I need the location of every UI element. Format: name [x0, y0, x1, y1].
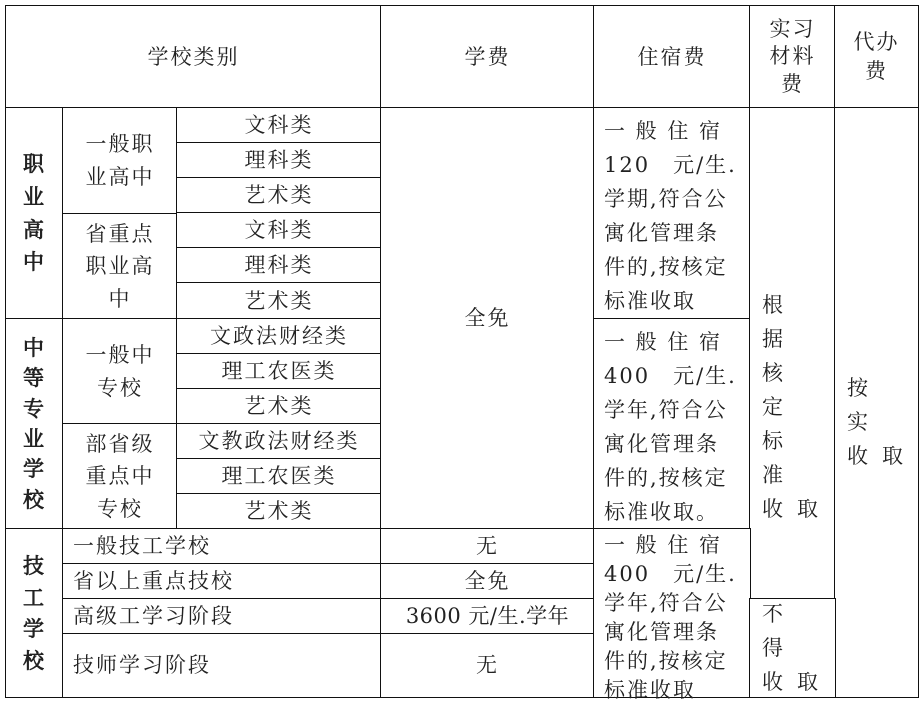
header-internship-materials: 实习 材料 费	[749, 5, 836, 109]
tuition-free-cell: 全免	[380, 107, 595, 530]
subject-cell: 艺术类	[176, 177, 382, 214]
subject-text: 艺术类	[245, 286, 314, 316]
header-tuition: 学费	[380, 5, 595, 109]
secondary-specialized-label: 中 等 专 业 学 校	[5, 318, 64, 530]
accommodation-secondary: 一 般 住 宿 400 元/生. 学年,符合公 寓化管理条 件的,按核定 标准收…	[593, 318, 751, 530]
header-tuition-text: 学费	[465, 42, 511, 72]
vocational-general-group: 一般职 业高中	[62, 107, 178, 215]
technical-row-name: 省以上重点技校	[62, 563, 382, 600]
row-name-text: 一般技工学校	[73, 531, 211, 561]
subject-text: 理工农医类	[222, 461, 337, 491]
subject-text: 艺术类	[245, 391, 314, 421]
technical-row-tuition: 3600 元/生.学年	[380, 598, 595, 635]
secondary-key-group: 部省级 重点中 专校	[62, 423, 178, 530]
subject-cell: 文科类	[176, 212, 382, 249]
acc-line: 寓化管理条	[604, 618, 719, 647]
agency-fee-cell: 按 实 收取	[834, 107, 919, 698]
acc-line: 120 元/生.	[604, 148, 737, 182]
acc-line: 件的,按核定	[604, 250, 728, 284]
subject-cell: 理工农医类	[176, 458, 382, 495]
subject-text: 理科类	[245, 250, 314, 280]
intern-line: 不 得	[762, 597, 835, 665]
label-char: 学	[23, 613, 46, 645]
technical-row-tuition: 全免	[380, 563, 595, 600]
acc-line: 学年,符合公	[604, 393, 728, 427]
subject-text: 理科类	[245, 145, 314, 175]
subject-cell: 艺术类	[176, 282, 382, 320]
header-agency-fee: 代办 费	[834, 5, 919, 109]
group-line: 省重点	[86, 218, 155, 251]
intern-line: 收取	[762, 665, 832, 699]
acc-line: 学期,符合公	[604, 182, 728, 216]
acc-line: 标准收取	[604, 676, 696, 704]
tuition-text: 无	[476, 531, 499, 561]
subject-cell: 文政法财经类	[176, 318, 382, 355]
subject-cell: 理科类	[176, 247, 382, 284]
header-accommodation-text: 住宿费	[638, 42, 707, 72]
subject-text: 艺术类	[245, 180, 314, 210]
subject-text: 文教政法财经类	[199, 426, 360, 456]
acc-line: 学年,符合公	[604, 589, 728, 618]
subject-cell: 艺术类	[176, 388, 382, 425]
label-char: 工	[23, 582, 46, 614]
subject-cell: 理科类	[176, 142, 382, 179]
group-line: 重点中	[86, 460, 155, 493]
accommodation-technical: 一 般 住 宿 400 元/生. 学年,符合公 寓化管理条 件的,按核定 标准收…	[593, 528, 751, 698]
subject-text: 理工农医类	[222, 356, 337, 386]
technical-row-name: 高级工学习阶段	[62, 598, 382, 635]
technical-row-tuition: 无	[380, 528, 595, 565]
label-char: 校	[23, 645, 46, 677]
acc-line: 标准收取	[604, 284, 696, 318]
intern-line: 标 准	[762, 424, 835, 492]
group-line: 职业高	[86, 250, 155, 283]
label-char: 中	[23, 333, 46, 363]
acc-line: 一 般 住 宿	[604, 325, 722, 359]
subject-cell: 艺术类	[176, 493, 382, 530]
subject-text: 文科类	[245, 215, 314, 245]
header-school-category: 学校类别	[5, 5, 382, 109]
label-char: 等	[23, 363, 46, 393]
agency-line: 按 实	[847, 371, 918, 439]
acc-line: 一 般 住 宿	[604, 531, 722, 560]
subject-text: 艺术类	[245, 496, 314, 526]
header-intern-line: 费	[781, 71, 804, 98]
label-char: 业	[23, 181, 46, 214]
acc-line: 件的,按核定	[604, 647, 728, 676]
tuition-free-text: 全免	[465, 303, 511, 333]
subject-cell: 文教政法财经类	[176, 423, 382, 460]
label-char: 校	[23, 485, 46, 515]
acc-line: 寓化管理条	[604, 216, 719, 250]
label-char: 业	[23, 424, 46, 454]
technical-row-name: 一般技工学校	[62, 528, 382, 565]
technical-row-name: 技师学习阶段	[62, 633, 382, 698]
secondary-general-group: 一般中 专校	[62, 318, 178, 425]
intern-line: 收取	[762, 492, 832, 526]
group-line: 一般中	[86, 339, 155, 372]
header-agency-line: 费	[865, 57, 888, 86]
subject-text: 文科类	[245, 110, 314, 140]
tuition-text: 3600 元/生.学年	[406, 601, 569, 631]
label-char: 职	[23, 148, 46, 181]
acc-line: 标准收取。	[604, 495, 719, 529]
acc-line: 一 般 住 宿	[604, 114, 722, 148]
acc-line: 件的,按核定	[604, 461, 728, 495]
internship-not-allowed-cell: 不 得 收取	[749, 598, 836, 698]
intern-line: 核 定	[762, 356, 835, 424]
tuition-text: 全免	[465, 566, 511, 596]
header-agency-line: 代办	[854, 28, 900, 57]
group-line: 部省级	[86, 428, 155, 461]
acc-line: 400 元/生.	[604, 560, 737, 589]
label-char: 中	[23, 246, 46, 279]
group-line: 一般职	[86, 128, 155, 161]
header-intern-line: 材料	[770, 43, 816, 70]
label-char: 高	[23, 214, 46, 247]
accommodation-vocational: 一 般 住 宿 120 元/生. 学期,符合公 寓化管理条 件的,按核定 标准收…	[593, 107, 751, 320]
tuition-text: 无	[476, 650, 499, 680]
group-line: 中	[109, 283, 132, 316]
row-name-text: 省以上重点技校	[73, 566, 234, 596]
internship-approved-cell: 根 据 核 定 标 准 收取	[749, 107, 836, 600]
group-line: 专校	[97, 493, 143, 526]
group-line: 业高中	[86, 161, 155, 194]
acc-line: 寓化管理条	[604, 427, 719, 461]
group-line: 专校	[97, 372, 143, 405]
subject-text: 文政法财经类	[210, 321, 348, 351]
header-accommodation: 住宿费	[593, 5, 751, 109]
vocational-high-label: 职 业 高 中	[5, 107, 64, 320]
subject-cell: 文科类	[176, 107, 382, 144]
label-char: 专	[23, 394, 46, 424]
header-intern-line: 实习	[770, 16, 816, 43]
row-name-text: 高级工学习阶段	[73, 601, 234, 631]
technical-school-label: 技 工 学 校	[5, 528, 64, 698]
vocational-provincial-key-group: 省重点 职业高 中	[62, 213, 178, 320]
technical-row-tuition: 无	[380, 633, 595, 698]
header-school-category-text: 学校类别	[148, 42, 240, 72]
acc-line: 400 元/生.	[604, 359, 737, 393]
intern-line: 根 据	[762, 288, 835, 356]
subject-cell: 理工农医类	[176, 353, 382, 390]
label-char: 技	[23, 550, 46, 582]
agency-line: 收取	[847, 439, 917, 473]
label-char: 学	[23, 454, 46, 484]
row-name-text: 技师学习阶段	[73, 650, 211, 680]
